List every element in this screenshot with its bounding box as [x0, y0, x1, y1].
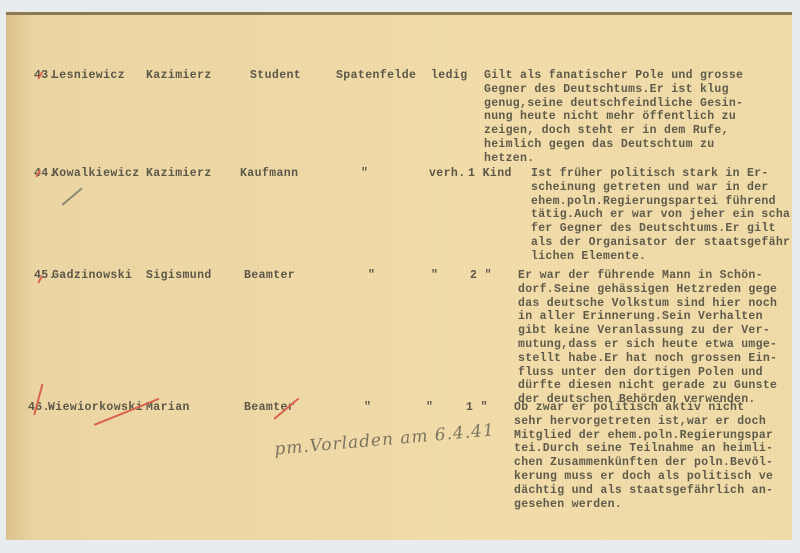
- entry-children: 2 ": [470, 269, 492, 282]
- entry-surname: Lesniewicz: [52, 69, 125, 82]
- entry-remark: Er war der führende Mann in Schön- dorf.…: [518, 269, 792, 407]
- entry-status: ledig: [431, 69, 468, 82]
- entry-status: ": [426, 401, 433, 414]
- entry-place: Spatenfelde: [336, 69, 416, 82]
- entry-remark: Ist früher politisch stark in Er- schein…: [531, 167, 791, 264]
- entry-place: ": [364, 401, 371, 414]
- entry-first-name: Kazimierz: [146, 167, 212, 180]
- entry-place: ": [361, 167, 368, 180]
- entry-status: verh.: [429, 167, 466, 180]
- entry-place: ": [368, 269, 375, 282]
- entry-occupation: Student: [250, 69, 301, 82]
- entry-occupation: Kaufmann: [240, 167, 298, 180]
- entry-children: 1 ": [466, 401, 488, 414]
- entry-surname: Gadzinowski: [52, 269, 132, 282]
- entry-remark: Ob zwar er politisch aktiv nicht sehr he…: [514, 401, 792, 511]
- entry-surname: Wiewiorkowski: [48, 401, 143, 414]
- entry-remark: Gilt als fanatischer Pole und grosse Geg…: [484, 69, 784, 166]
- entry-status: ": [431, 269, 438, 282]
- entry-children: 1 Kind: [468, 167, 512, 180]
- entry-first-name: Kazimierz: [146, 69, 212, 82]
- pencil-stroke-icon: [62, 187, 83, 205]
- document-page: 43. Lesniewicz Kazimierz Student Spatenf…: [6, 12, 792, 540]
- entry-first-name: Marian: [146, 401, 190, 414]
- entry-surname: Kowalkiewicz: [52, 167, 140, 180]
- entry-occupation: Beamter: [244, 269, 295, 282]
- entry-first-name: Sigismund: [146, 269, 212, 282]
- handwritten-note: pm.Vorladen am 6.4.41: [274, 420, 496, 459]
- entry-number: 46.: [28, 401, 50, 414]
